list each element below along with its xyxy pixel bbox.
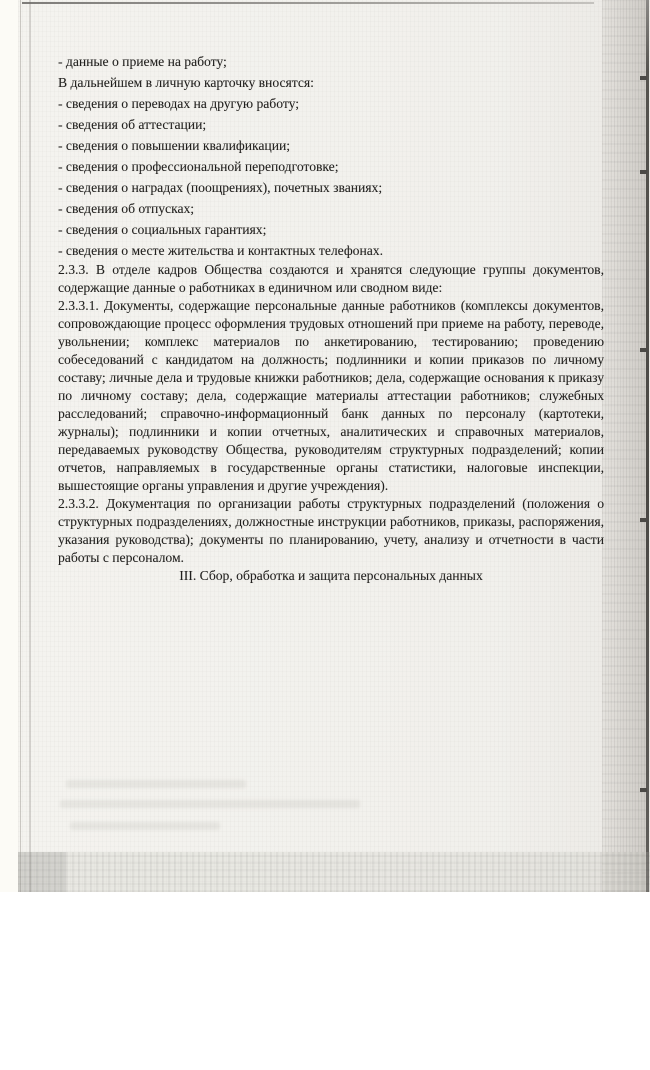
list-item-transfers: - сведения о переводах на другую работу; bbox=[58, 93, 604, 114]
paragraph-2-3-3-1: 2.3.3.1. Документы, содержащие персональ… bbox=[58, 297, 604, 495]
scan-edge-artifact bbox=[640, 170, 647, 174]
list-item-awards: - сведения о наградах (поощрениях), поче… bbox=[58, 177, 604, 198]
page-left-edge-line bbox=[20, 0, 21, 892]
list-item-social-guarantees: - сведения о социальных гарантиях; bbox=[58, 219, 604, 240]
scan-bottom-noise-band bbox=[18, 852, 650, 892]
paragraph-2-3-3: 2.3.3. В отделе кадров Общества создаютс… bbox=[58, 261, 604, 297]
bleed-through-artifact bbox=[66, 780, 246, 788]
scanned-page: - данные о приеме на работу; В дальнейше… bbox=[18, 0, 650, 892]
bleed-through-artifact bbox=[60, 800, 360, 808]
scan-right-edge-line bbox=[646, 0, 649, 892]
list-item-retraining: - сведения о профессиональной переподгот… bbox=[58, 156, 604, 177]
lead-sentence: В дальнейшем в личную карточку вносятся: bbox=[58, 72, 604, 93]
document-text: - данные о приеме на работу; В дальнейше… bbox=[58, 0, 604, 585]
bleed-through-artifact bbox=[70, 822, 220, 830]
list-item-vacations: - сведения об отпусках; bbox=[58, 198, 604, 219]
scan-left-margin bbox=[0, 0, 18, 892]
scan-edge-artifact bbox=[640, 76, 647, 80]
list-item-qualification: - сведения о повышении квалификации; bbox=[58, 135, 604, 156]
paragraph-2-3-3-2: 2.3.3.2. Документация по организации раб… bbox=[58, 495, 604, 567]
list-item-attestation: - сведения об аттестации; bbox=[58, 114, 604, 135]
scan-right-shadow-band bbox=[602, 0, 646, 892]
section-heading-III: III. Сбор, обработка и защита персональн… bbox=[58, 567, 604, 585]
scan-bottom-noise-blotch bbox=[18, 852, 66, 892]
scan-edge-artifact bbox=[640, 348, 647, 352]
list-item-residence-phones: - сведения о месте жительства и контактн… bbox=[58, 240, 604, 261]
page-fold-line bbox=[29, 0, 31, 892]
scanned-document-screen: - данные о приеме на работу; В дальнейше… bbox=[0, 0, 650, 1070]
scan-edge-artifact bbox=[640, 518, 647, 522]
list-item-hiring-data: - данные о приеме на работу; bbox=[58, 51, 604, 72]
scan-edge-artifact bbox=[640, 788, 647, 792]
